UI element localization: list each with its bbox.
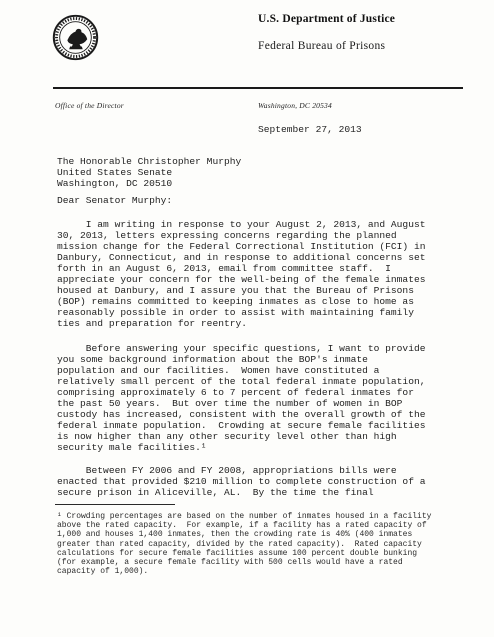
department-title: U.S. Department of Justice (258, 13, 395, 25)
body-paragraph-1: I am writing in response to your August … (57, 219, 425, 329)
body-paragraph-2: Before answering your specific questions… (57, 343, 425, 453)
office-location-label: Washington, DC 20534 (258, 101, 332, 110)
body-paragraph-3: Between FY 2006 and FY 2008, appropriati… (57, 465, 425, 498)
salutation: Dear Senator Murphy: (57, 195, 172, 206)
recipient-address: The Honorable Christopher Murphy United … (57, 156, 241, 189)
agency-title: Federal Bureau of Prisons (258, 40, 385, 52)
footnote-text: ¹ Crowding percentages are based on the … (57, 512, 431, 576)
office-of-director-label: Office of the Director (55, 101, 124, 110)
letterhead-divider (53, 87, 463, 89)
footnote-divider (55, 504, 175, 505)
letter-date: September 27, 2013 (258, 124, 362, 135)
letter-page: U.S. Department of Justice Federal Burea… (0, 0, 494, 637)
doj-seal-icon (52, 14, 99, 61)
